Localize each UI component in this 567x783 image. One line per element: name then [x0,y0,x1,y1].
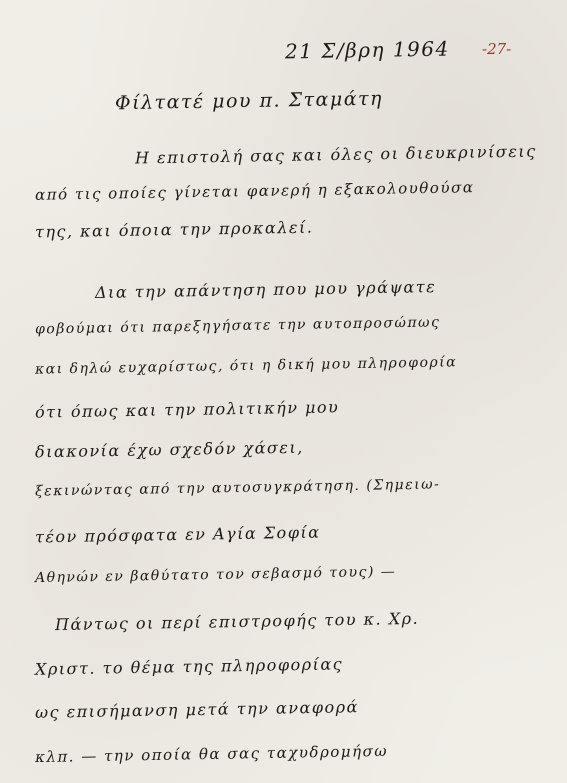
letter-line: της, και όποια την προκαλεί. [35,218,314,242]
letter-line: από τις οποίες γίνεται φανερή η εξακολου… [35,178,475,204]
page-number: -27- [482,40,511,58]
date-line: 21 Σ/βρη 1964 [285,37,450,64]
letter-line: και δηλώ ευχαρίστως, ότι η δική μου πληρ… [35,354,457,377]
letter-line: Χριστ. το θέμα της πληροφορίας [35,654,343,678]
letter-line: Δια την απάντηση που μου γράψατε [95,277,436,302]
letter-line: Αθηνών εν βαθύτατο τον σεβασμό τους) — [35,564,397,586]
letter-line: ότι όπως και την πολιτικήν μου [35,397,340,421]
letter-line: Πάντως οι περί επιστροφής του κ. Χρ. [55,609,419,634]
letter-line: φοβούμαι ότι παρεξηγήσατε την αυτοπροσώπ… [35,314,441,337]
letter-page: 21 Σ/βρη 1964 -27- Φίλτατέ μου π. Σταμάτ… [0,0,567,783]
letter-line: τέον πρόσφατα εν Αγία Σοφία [35,523,321,547]
letter-line: ως επισήμανση μετά την αναφορά [35,697,359,722]
letter-line: Η επιστολή σας και όλες οι διευκρινίσεις [135,141,537,167]
letter-line: ξεκινώντας από την αυτοσυγκράτηση. (Σημε… [35,476,441,499]
letter-line: κλπ. — την οποία θα σας ταχυδρομήσω [35,742,388,766]
salutation: Φίλτατέ μου π. Σταμάτη [115,88,383,115]
letter-line: διακονία έχω σχεδόν χάσει, [35,438,304,462]
